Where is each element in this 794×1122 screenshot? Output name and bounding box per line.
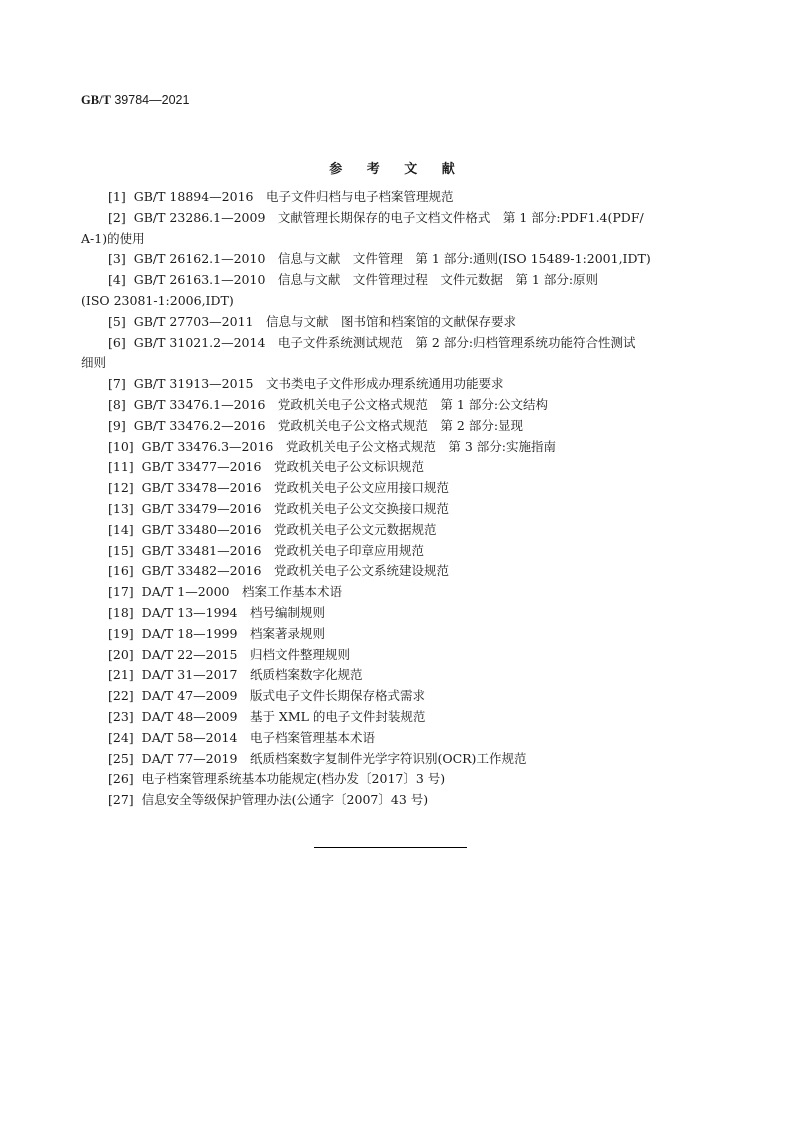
reference-text: DA/T 31—2017 纸质档案数字化规范 <box>142 667 363 682</box>
reference-text: GB/T 31021.2—2014 电子文件系统测试规范 第 2 部分:归档管理… <box>134 335 636 350</box>
reference-item: [13]GB/T 33479—2016 党政机关电子公文交换接口规范 <box>81 499 701 520</box>
reference-item: [9]GB/T 33476.2—2016 党政机关电子公文格式规范 第 2 部分… <box>81 416 701 437</box>
reference-text: DA/T 77—2019 纸质档案数字复制件光学字符识别(OCR)工作规范 <box>142 751 527 766</box>
reference-label: [18] <box>81 603 134 624</box>
reference-item: [6]GB/T 31021.2—2014 电子文件系统测试规范 第 2 部分:归… <box>81 333 701 354</box>
reference-item: [26]电子档案管理系统基本功能规定(档办发〔2017〕3 号) <box>81 769 701 790</box>
reference-text: GB/T 33481—2016 党政机关电子印章应用规范 <box>142 543 424 558</box>
reference-item: [3]GB/T 26162.1—2010 信息与文献 文件管理 第 1 部分:通… <box>81 249 701 270</box>
reference-item: [15]GB/T 33481—2016 党政机关电子印章应用规范 <box>81 541 701 562</box>
reference-text: GB/T 27703—2011 信息与文献 图书馆和档案馆的文献保存要求 <box>134 314 516 329</box>
reference-label: [11] <box>81 457 134 478</box>
reference-label: [15] <box>81 541 134 562</box>
reference-label: [8] <box>81 395 126 416</box>
reference-text: GB/T 26162.1—2010 信息与文献 文件管理 第 1 部分:通则(I… <box>134 251 651 266</box>
reference-text: GB/T 33479—2016 党政机关电子公文交换接口规范 <box>142 501 449 516</box>
reference-text: DA/T 18—1999 档案著录规则 <box>142 626 325 641</box>
reference-list: [1]GB/T 18894—2016 电子文件归档与电子档案管理规范[2]GB/… <box>81 187 701 811</box>
reference-item: [10]GB/T 33476.3—2016 党政机关电子公文格式规范 第 3 部… <box>81 437 701 458</box>
reference-text: 电子档案管理系统基本功能规定(档办发〔2017〕3 号) <box>142 771 446 786</box>
standard-number: 39784—2021 <box>114 93 189 107</box>
reference-label: [22] <box>81 686 134 707</box>
reference-label: [26] <box>81 769 134 790</box>
reference-label: [27] <box>81 790 134 811</box>
reference-item: [16]GB/T 33482—2016 党政机关电子公文系统建设规范 <box>81 561 701 582</box>
reference-label: [21] <box>81 665 134 686</box>
reference-text: GB/T 23286.1—2009 文献管理长期保存的电子文档文件格式 第 1 … <box>134 210 644 225</box>
reference-item-continuation: 细则 <box>81 353 701 374</box>
reference-item: [27]信息安全等级保护管理办法(公通字〔2007〕43 号) <box>81 790 701 811</box>
reference-item: [4]GB/T 26163.1—2010 信息与文献 文件管理过程 文件元数据 … <box>81 270 701 291</box>
reference-text: GB/T 33476.2—2016 党政机关电子公文格式规范 第 2 部分:显现 <box>134 418 523 433</box>
reference-text: GB/T 33477—2016 党政机关电子公文标识规范 <box>142 459 424 474</box>
reference-text: DA/T 48—2009 基于 XML 的电子文件封装规范 <box>142 709 426 724</box>
reference-item-continuation: (ISO 23081-1:2006,IDT) <box>81 291 701 312</box>
reference-text: DA/T 47—2009 版式电子文件长期保存格式需求 <box>142 688 425 703</box>
reference-item: [22]DA/T 47—2009 版式电子文件长期保存格式需求 <box>81 686 701 707</box>
reference-text: (ISO 23081-1:2006,IDT) <box>81 293 234 308</box>
reference-label: [6] <box>81 333 126 354</box>
reference-label: [5] <box>81 312 126 333</box>
reference-item: [20]DA/T 22—2015 归档文件整理规则 <box>81 645 701 666</box>
reference-item: [21]DA/T 31—2017 纸质档案数字化规范 <box>81 665 701 686</box>
reference-label: [17] <box>81 582 134 603</box>
reference-text: GB/T 18894—2016 电子文件归档与电子档案管理规范 <box>134 189 454 204</box>
reference-item: [18]DA/T 13—1994 档号编制规则 <box>81 603 701 624</box>
reference-label: [16] <box>81 561 134 582</box>
reference-item: [14]GB/T 33480—2016 党政机关电子公文元数据规范 <box>81 520 701 541</box>
standard-prefix: GB/T <box>81 93 111 107</box>
reference-item: [8]GB/T 33476.1—2016 党政机关电子公文格式规范 第 1 部分… <box>81 395 701 416</box>
reference-label: [19] <box>81 624 134 645</box>
section-title: 参 考 文 献 <box>0 158 794 177</box>
reference-item: [2]GB/T 23286.1—2009 文献管理长期保存的电子文档文件格式 第… <box>81 208 701 229</box>
reference-label: [23] <box>81 707 134 728</box>
reference-item: [1]GB/T 18894—2016 电子文件归档与电子档案管理规范 <box>81 187 701 208</box>
reference-text: DA/T 1—2000 档案工作基本术语 <box>142 584 342 599</box>
reference-label: [7] <box>81 374 126 395</box>
reference-label: [24] <box>81 728 134 749</box>
reference-item: [23]DA/T 48—2009 基于 XML 的电子文件封装规范 <box>81 707 701 728</box>
reference-item: [5]GB/T 27703—2011 信息与文献 图书馆和档案馆的文献保存要求 <box>81 312 701 333</box>
reference-text: GB/T 31913—2015 文书类电子文件形成办理系统通用功能要求 <box>134 376 504 391</box>
reference-label: [14] <box>81 520 134 541</box>
reference-text: 细则 <box>81 355 106 370</box>
reference-item: [17]DA/T 1—2000 档案工作基本术语 <box>81 582 701 603</box>
reference-item: [7]GB/T 31913—2015 文书类电子文件形成办理系统通用功能要求 <box>81 374 701 395</box>
reference-text: GB/T 33476.1—2016 党政机关电子公文格式规范 第 1 部分:公文… <box>134 397 548 412</box>
reference-text: A-1)的使用 <box>81 231 145 246</box>
reference-item: [25]DA/T 77—2019 纸质档案数字复制件光学字符识别(OCR)工作规… <box>81 749 701 770</box>
reference-text: DA/T 13—1994 档号编制规则 <box>142 605 325 620</box>
reference-item-continuation: A-1)的使用 <box>81 229 701 250</box>
reference-label: [20] <box>81 645 134 666</box>
reference-label: [1] <box>81 187 126 208</box>
reference-text: GB/T 33476.3—2016 党政机关电子公文格式规范 第 3 部分:实施… <box>142 439 556 454</box>
reference-text: GB/T 33480—2016 党政机关电子公文元数据规范 <box>142 522 437 537</box>
reference-label: [9] <box>81 416 126 437</box>
reference-text: 信息安全等级保护管理办法(公通字〔2007〕43 号) <box>142 792 428 807</box>
reference-label: [12] <box>81 478 134 499</box>
reference-text: GB/T 26163.1—2010 信息与文献 文件管理过程 文件元数据 第 1… <box>134 272 598 287</box>
reference-item: [11]GB/T 33477—2016 党政机关电子公文标识规范 <box>81 457 701 478</box>
reference-item: [24]DA/T 58—2014 电子档案管理基本术语 <box>81 728 701 749</box>
reference-text: DA/T 58—2014 电子档案管理基本术语 <box>142 730 375 745</box>
document-header: GB/T 39784—2021 <box>81 93 189 108</box>
reference-text: DA/T 22—2015 归档文件整理规则 <box>142 647 350 662</box>
reference-text: GB/T 33482—2016 党政机关电子公文系统建设规范 <box>142 563 449 578</box>
end-rule-divider <box>314 847 467 848</box>
reference-label: [25] <box>81 749 134 770</box>
reference-item: [19]DA/T 18—1999 档案著录规则 <box>81 624 701 645</box>
reference-item: [12]GB/T 33478—2016 党政机关电子公文应用接口规范 <box>81 478 701 499</box>
reference-label: [3] <box>81 249 126 270</box>
reference-label: [10] <box>81 437 134 458</box>
reference-text: GB/T 33478—2016 党政机关电子公文应用接口规范 <box>142 480 449 495</box>
reference-label: [13] <box>81 499 134 520</box>
reference-label: [4] <box>81 270 126 291</box>
reference-label: [2] <box>81 208 126 229</box>
